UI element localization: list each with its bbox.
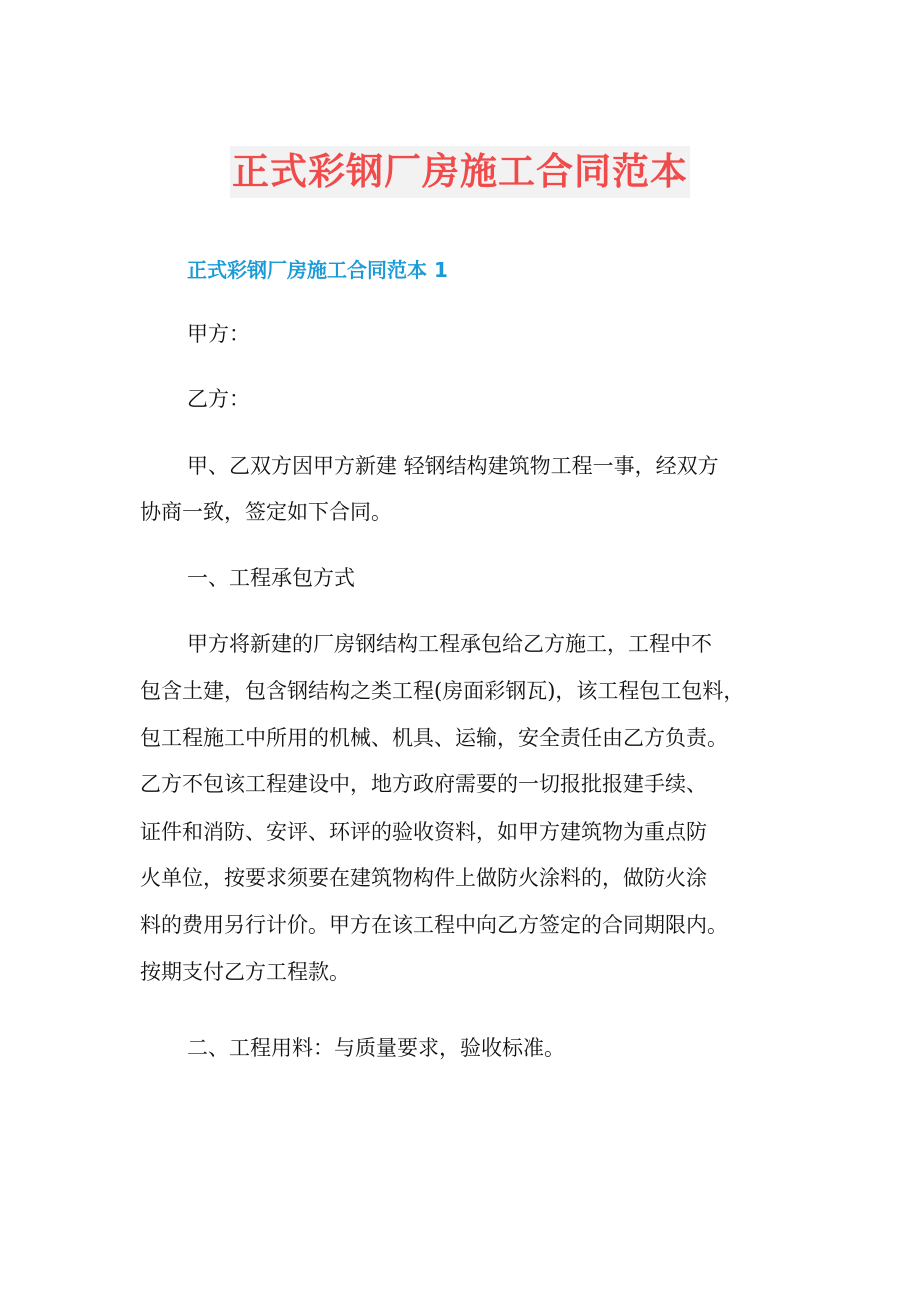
- document-page: 正式彩钢厂房施工合同范本 正式彩钢厂房施工合同范本 1 甲方： 乙方： 甲、乙双…: [0, 0, 920, 1302]
- document-title: 正式彩钢厂房施工合同范本: [230, 146, 690, 198]
- section1-heading: 一、工程承包方式: [187, 563, 355, 593]
- party-b-label: 乙方：: [187, 384, 250, 414]
- section1-paragraph-line: 料的费用另行计价。甲方在该工程中向乙方签定的合同期限内。: [140, 910, 728, 940]
- party-a-label: 甲方：: [187, 319, 250, 349]
- section1-paragraph-line: 火单位，按要求须要在建筑物构件上做防火涂料的，做防火涂: [140, 863, 707, 893]
- section1-paragraph-line: 包含土建，包含钢结构之类工程(房面彩钢瓦)，该工程包工包料，: [140, 676, 744, 706]
- intro-paragraph-line: 协商一致，签定如下合同。: [140, 497, 392, 527]
- title-container: 正式彩钢厂房施工合同范本: [0, 121, 920, 223]
- section1-paragraph-line: 按期支付乙方工程款。: [140, 957, 350, 987]
- section1-paragraph-line: 乙方不包该工程建设中，地方政府需要的一切报批报建手续、: [140, 769, 707, 799]
- intro-paragraph-line: 甲、乙双方因甲方新建 轻钢结构建筑物工程一事，经双方: [187, 451, 719, 481]
- section1-paragraph-line: 包工程施工中所用的机械、机具、运输，安全责任由乙方负责。: [140, 723, 728, 753]
- section1-paragraph-line: 甲方将新建的厂房钢结构工程承包给乙方施工，工程中不: [187, 629, 712, 659]
- section2-heading: 二、工程用料：与质量要求，验收标准。: [187, 1033, 565, 1063]
- section1-paragraph-line: 证件和消防、安评、环评的验收资料，如甲方建筑物为重点防: [140, 817, 707, 847]
- section-subtitle: 正式彩钢厂房施工合同范本 1: [187, 255, 448, 285]
